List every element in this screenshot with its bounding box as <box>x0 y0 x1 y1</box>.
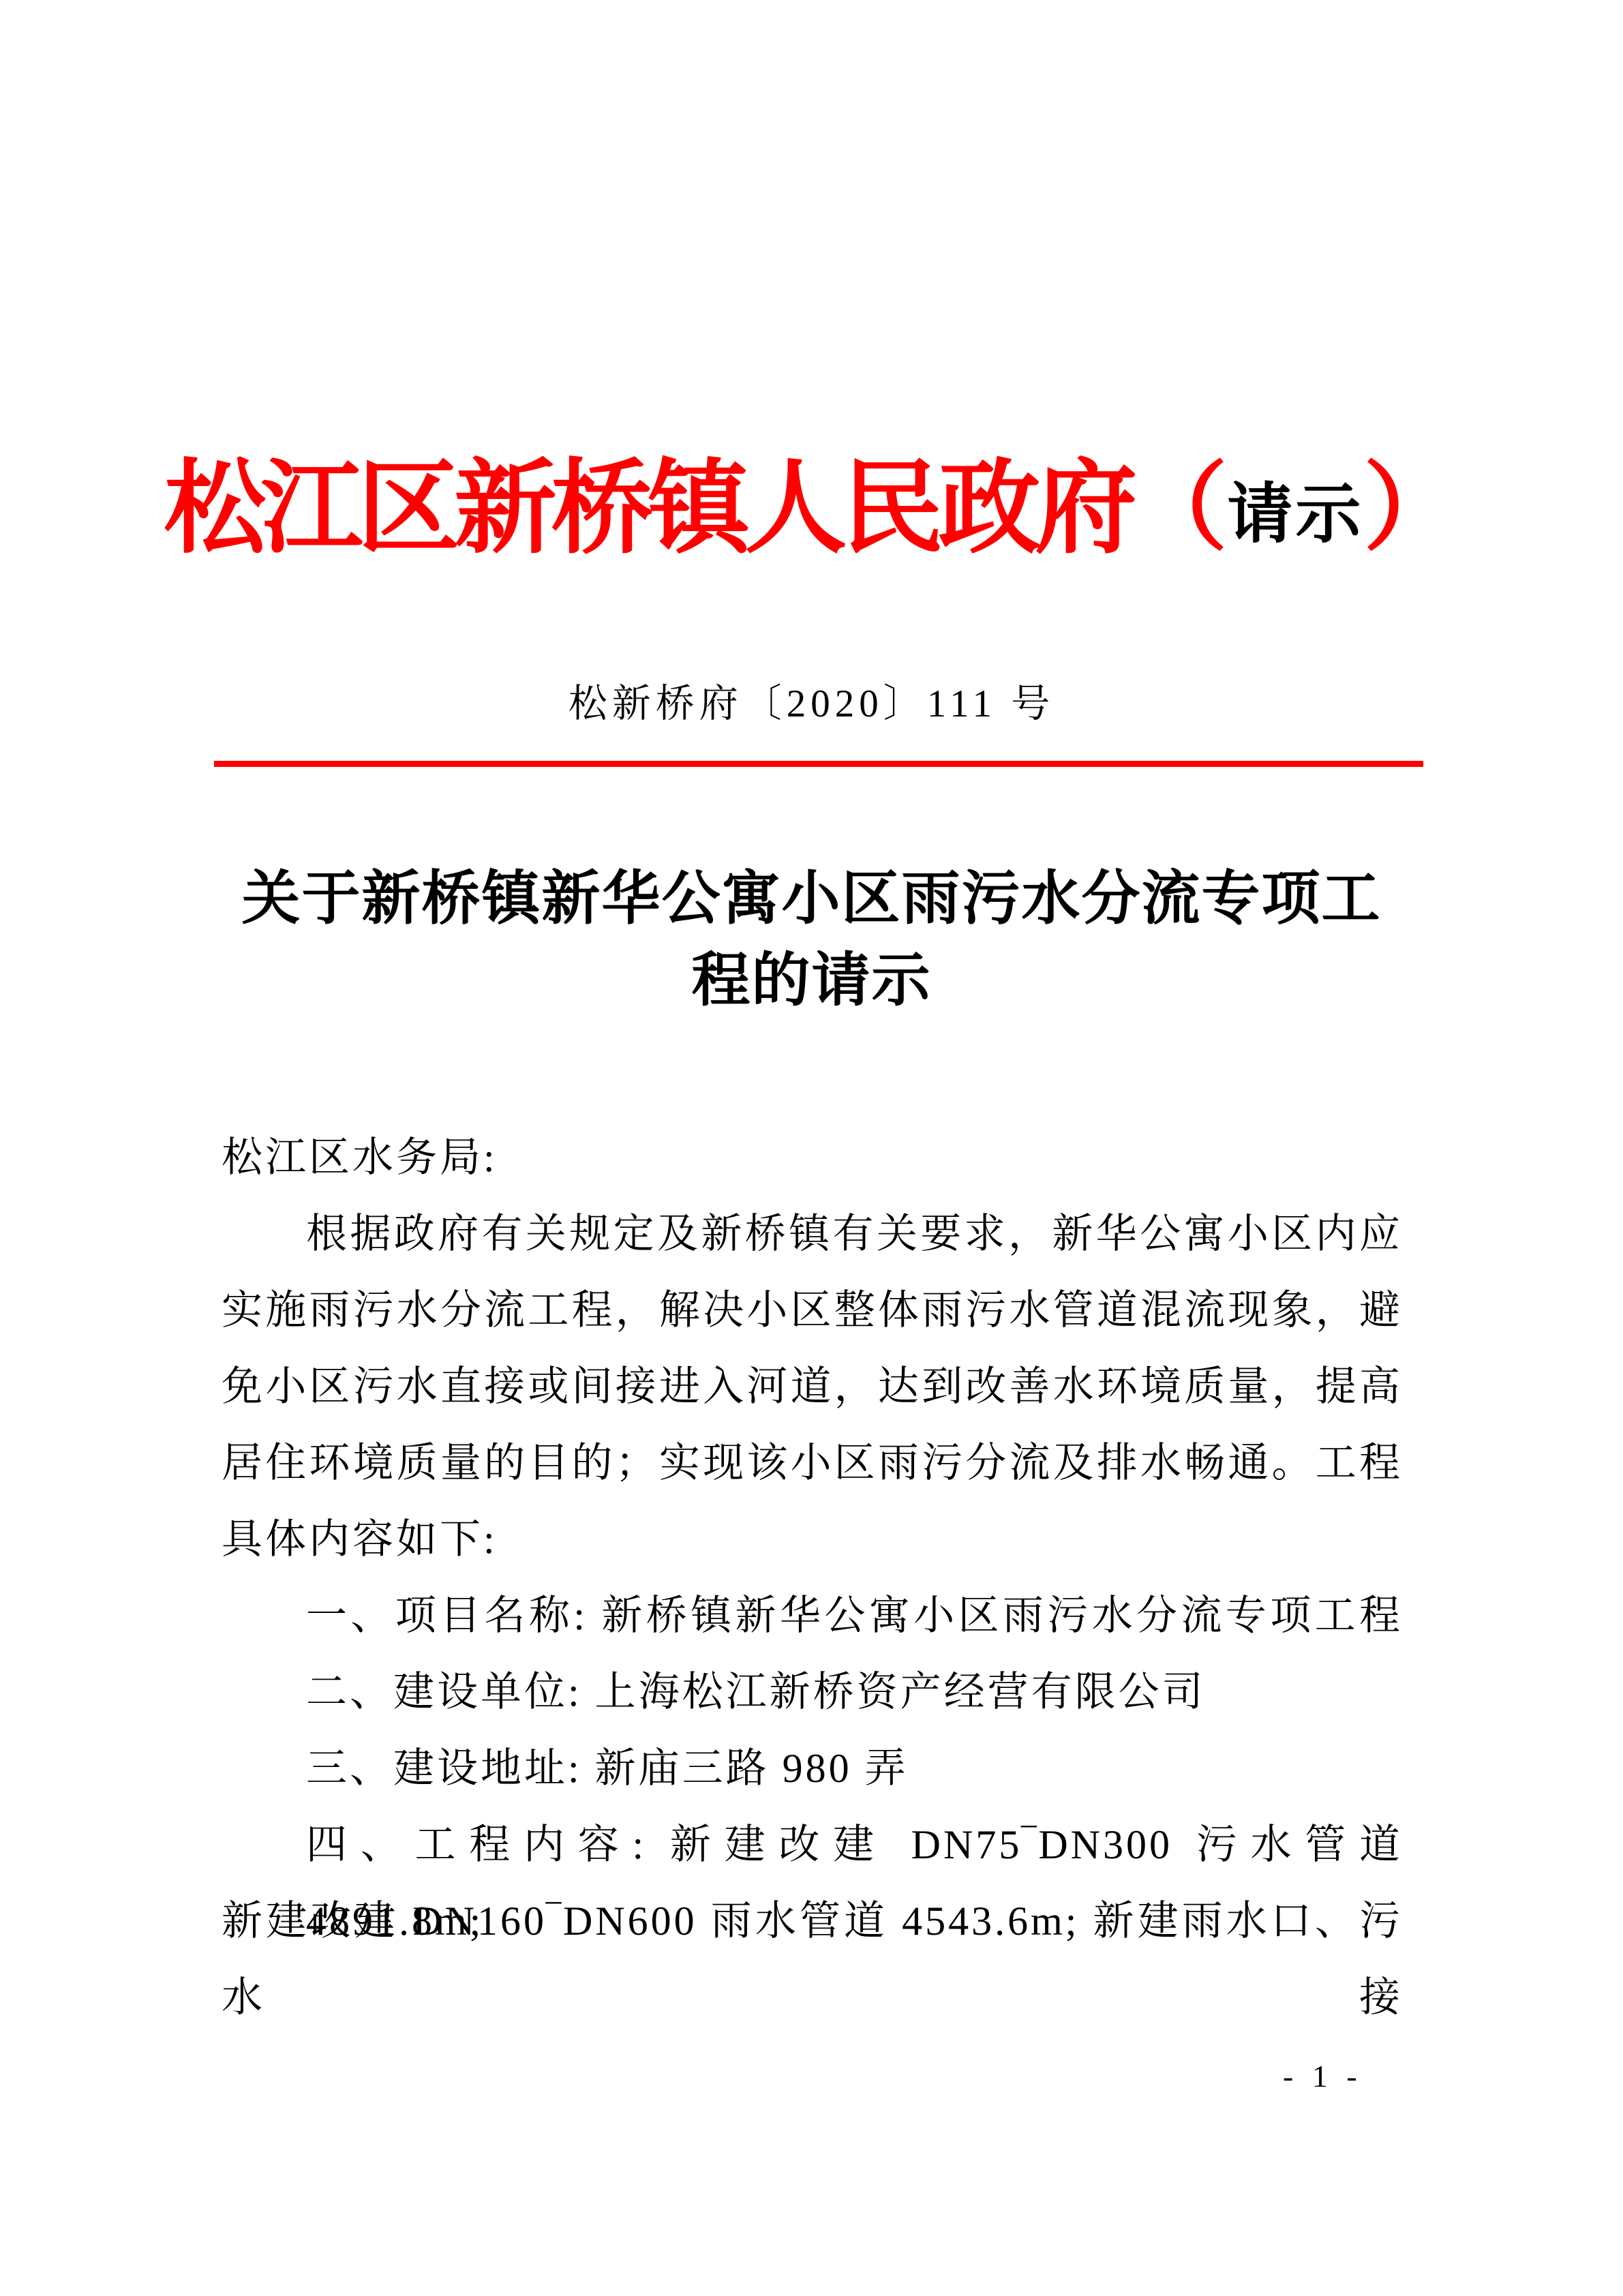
document-title: 关于新桥镇新华公寓小区雨污水分流专项工 程的请示 <box>0 858 1623 1021</box>
body-line: 四、工程内容: 新建改建 DN75‾DN300 污水管道 4891.8m; <box>222 1807 1403 1883</box>
document-title-line2: 程的请示 <box>0 939 1623 1021</box>
body-line: 二、建设单位: 上海松江新桥资产经营有限公司 <box>222 1654 1403 1730</box>
masthead-paren-text: 请示 <box>1228 450 1364 579</box>
document-page: 松江区新桥镇人民政府（请示） 松新桥府〔2020〕111 号 关于新桥镇新华公寓… <box>0 0 1623 2296</box>
masthead: 松江区新桥镇人民政府（请示） <box>0 444 1623 574</box>
page-number: - 1 - <box>1283 2056 1363 2097</box>
masthead-paren-close: ） <box>1364 444 1459 574</box>
document-title-line1: 关于新桥镇新华公寓小区雨污水分流专项工 <box>0 858 1623 939</box>
body-text: 松江区水务局:根据政府有关规定及新桥镇有关要求，新华公寓小区内应实施雨污水分流工… <box>222 1119 1403 1959</box>
body-line: 三、建设地址: 新庙三路 980 弄 <box>222 1730 1403 1807</box>
body-line: 根据政府有关规定及新桥镇有关要求，新华公寓小区内应 <box>222 1196 1403 1272</box>
body-line: 具体内容如下: <box>222 1501 1403 1577</box>
document-number: 松新桥府〔2020〕111 号 <box>0 675 1623 734</box>
masthead-title: 松江区新桥镇人民政府 <box>164 444 1132 574</box>
body-line: 新建改建 DN160‾DN600 雨水管道 4543.6m; 新建雨水口、污水接 <box>222 1883 1403 1959</box>
body-line: 一、项目名称: 新桥镇新华公寓小区雨污水分流专项工程 <box>222 1577 1403 1654</box>
body-line: 松江区水务局: <box>222 1119 1403 1196</box>
red-divider-rule <box>214 761 1423 767</box>
body-line: 免小区污水直接或间接进入河道，达到改善水环境质量，提高 <box>222 1348 1403 1425</box>
body-line: 实施雨污水分流工程，解决小区整体雨污水管道混流现象，避 <box>222 1272 1403 1348</box>
body-line: 居住环境质量的目的；实现该小区雨污分流及排水畅通。工程 <box>222 1425 1403 1501</box>
masthead-paren-open: （ <box>1132 444 1227 574</box>
